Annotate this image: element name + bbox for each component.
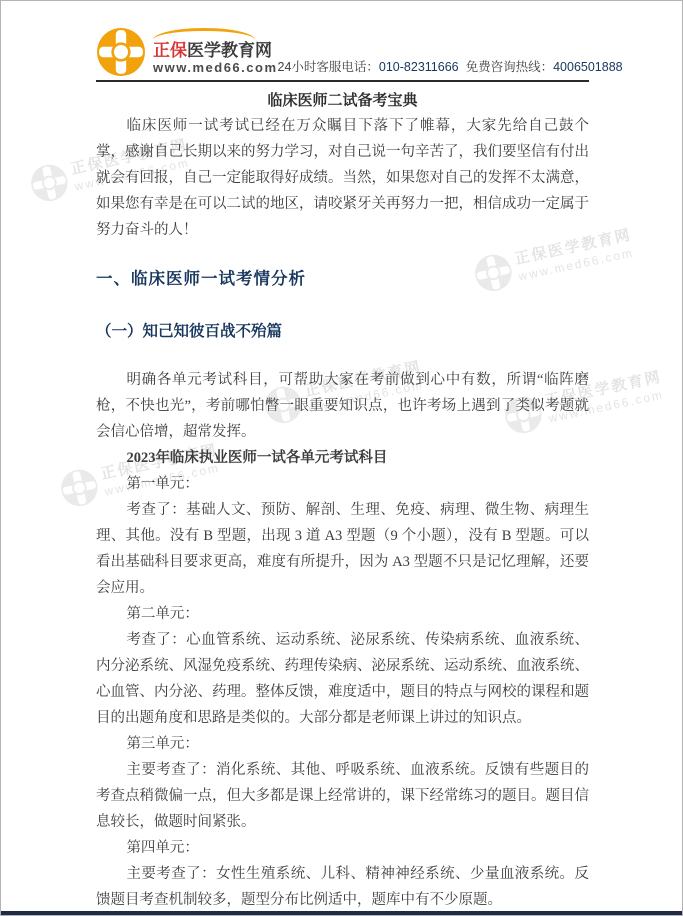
site-logo: 正保医学教育网 www.med66.com (96, 27, 278, 77)
brand-name: 正保医学教育网 (153, 41, 278, 61)
brand-logo-icon (27, 160, 72, 205)
document-page: 正保医学教育网 www.med66.com 正保医学教育网 www.med66.… (0, 0, 683, 916)
brand-name-red: 正保 (153, 41, 187, 60)
unit-1-label: 第一单元： (96, 471, 589, 497)
brand-name-rest: 医学教育网 (187, 41, 272, 60)
page-bottom-divider (1, 911, 682, 915)
unit-4-description: 主要考查了：女性生殖系统、儿科、精神神经系统、少量血液系统。反馈题目考查机制较多… (96, 861, 589, 913)
brand-url: www.med66.com (153, 61, 278, 76)
unit-3-description: 主要考查了：消化系统、其他、呼吸系统、血液系统。反馈有些题目的考查点稍微偏一点，… (96, 757, 589, 835)
unit-1-description: 考查了：基础人文、预防、解剖、生理、免疫、病理、微生物、病理生理、其他。没有 B… (96, 497, 589, 601)
service-phone-number: 010-82311666 (379, 60, 459, 74)
intro-paragraph: 临床医师一试考试已经在万众瞩目下落下了帷幕，大家先给自己鼓个掌，感谢自己长期以来… (96, 113, 589, 243)
unit-4-label: 第四单元： (96, 835, 589, 861)
site-header: 正保医学教育网 www.med66.com 24小时客服电话：010-82311… (96, 1, 589, 82)
service-phone-label: 24小时客服电话： (278, 60, 379, 74)
exam-overview-paragraph: 明确各单元考试科目，可帮助大家在考前做到心中有数，所谓“临阵磨枪，不快也光”，考… (96, 367, 589, 445)
service-hotline-label: 免费咨询热线： (466, 60, 554, 74)
section-1-1-heading: （一）知己知彼百战不殆篇 (96, 319, 589, 345)
unit-3-label: 第三单元： (96, 731, 589, 757)
service-hotline-number: 4006501888 (553, 60, 623, 74)
section-1-heading: 一、临床医师一试考情分析 (96, 266, 589, 292)
units-list-heading: 2023年临床执业医师一试各单元考试科目 (96, 445, 589, 471)
brand-arc-decoration (153, 28, 255, 40)
unit-2-description: 考查了：心血管系统、运动系统、泌尿系统、传染病系统、血液系统、内分泌系统、风湿免… (96, 627, 589, 731)
document-title: 临床医师二试备考宝典 (96, 89, 589, 110)
unit-2-label: 第二单元： (96, 601, 589, 627)
service-hotline-line: 24小时客服电话：010-82311666 免费咨询热线：4006501888 (278, 57, 623, 77)
brand-logo-icon (96, 27, 146, 77)
